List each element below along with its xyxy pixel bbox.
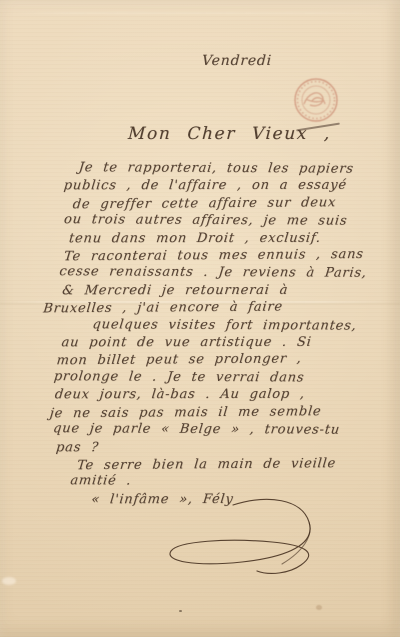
ink-speck	[179, 610, 182, 612]
red-ink-stamp-icon	[291, 75, 341, 125]
letter-date: Vendredi	[202, 53, 273, 69]
letter-line: tenu dans mon Droit , exclusif.	[68, 229, 394, 247]
letter-line: au point de vue artistique . Si	[61, 334, 389, 352]
letter-line: ou trois autres affaires, je me suis	[63, 211, 395, 230]
letter-line: Bruxelles , j'ai encore à faire	[42, 298, 390, 318]
letter-line: pas ?	[55, 438, 383, 456]
letter-salutation: Mon Cher Vieux ,	[127, 124, 331, 144]
letter-line: cesse renaissants . Je reviens à Paris,	[58, 264, 392, 283]
signature-flourish	[130, 492, 340, 587]
paper-stain	[316, 605, 322, 610]
letter-line: quelques visites fort importantes,	[92, 316, 390, 335]
letter-line: publics , de l'affaire , on a essayé	[63, 177, 397, 195]
letter-line: prolonge le . Je te verrai dans	[53, 368, 387, 387]
letter-page: Vendredi Mon Cher Vieux , Je te rapporte…	[0, 0, 400, 637]
paper-scuff	[2, 577, 16, 585]
letter-line: & Mercredi je retournerai à	[61, 282, 391, 300]
letter-line: que je parle « Belge » , trouves-tu	[52, 420, 384, 439]
fold-crease-top	[0, 12, 400, 14]
letter-line: deux jours, là-bas . Au galop ,	[54, 386, 386, 404]
letter-line: mon billet peut se prolonger ,	[56, 350, 388, 370]
letter-body: Je te rapporterai, tous les papiers publ…	[27, 160, 397, 508]
letter-line: Je te rapporterai, tous les papiers	[78, 159, 398, 178]
letter-closing-line: amitié .	[69, 473, 381, 492]
